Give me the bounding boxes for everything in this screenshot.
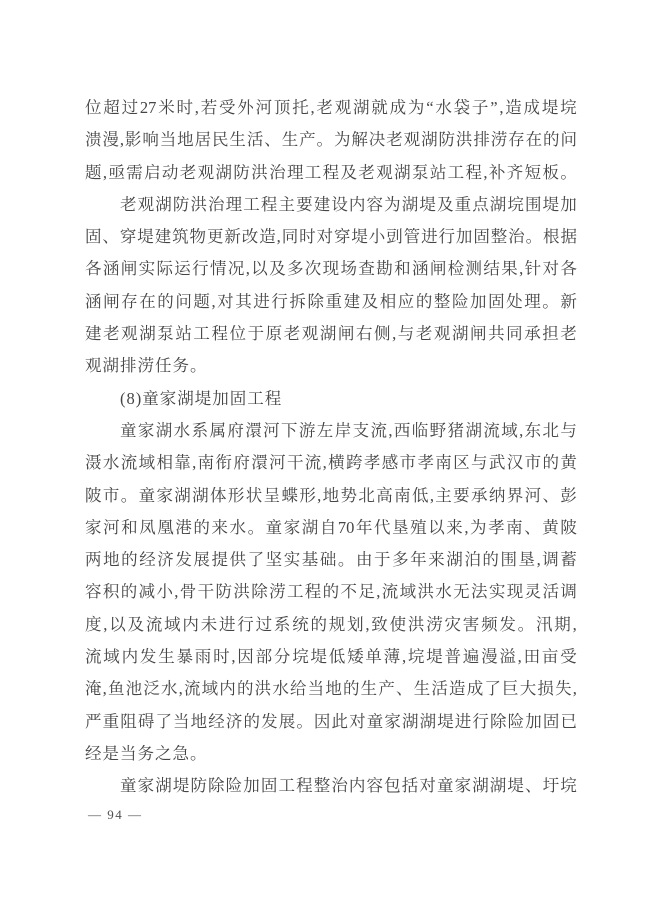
- text-line: (8)童家湖堤加固工程: [85, 383, 577, 415]
- document-body: 位超过27米时,若受外河顶托,老观湖就成为“水袋子”,造成堤垸溃漫,影响当地居民…: [85, 92, 577, 803]
- text-line: 严重阻碍了当地经济的发展。因此对童家湖湖堤进行除险加固已: [85, 706, 577, 738]
- text-line: 位超过27米时,若受外河顶托,老观湖就成为“水袋子”,造成堤垸: [85, 92, 577, 124]
- text-line: 流域内发生暴雨时,因部分垸堤低矮单薄,垸堤普遍漫溢,田亩受: [85, 641, 577, 673]
- paragraph-laoguan-problem: 位超过27米时,若受外河顶托,老观湖就成为“水袋子”,造成堤垸溃漫,影响当地居民…: [85, 92, 577, 189]
- text-line: 陂市。童家湖湖体形状呈蝶形,地势北高南低,主要承纳界河、彭: [85, 480, 577, 512]
- paragraph-tongjiahu-scope: 童家湖堤防除险加固工程整治内容包括对童家湖湖堤、圩垸: [85, 770, 577, 802]
- text-line: 溃漫,影响当地居民生活、生产。为解决老观湖防洪排涝存在的问: [85, 124, 577, 156]
- text-line: 滠水流域相靠,南衔府澴河干流,横跨孝感市孝南区与武汉市的黄: [85, 447, 577, 479]
- text-line: 家河和凤凰港的来水。童家湖自70年代垦殖以来,为孝南、黄陂: [85, 512, 577, 544]
- text-line: 容积的减小,骨干防洪除涝工程的不足,流域洪水无法实现灵活调: [85, 576, 577, 608]
- text-line: 童家湖水系属府澴河下游左岸支流,西临野猪湖流域,东北与: [85, 415, 577, 447]
- text-line: 题,亟需启动老观湖防洪治理工程及老观湖泵站工程,补齐短板。: [85, 157, 577, 189]
- text-line: 建老观湖泵站工程位于原老观湖闸右侧,与老观湖闸共同承担老: [85, 318, 577, 350]
- text-line: 两地的经济发展提供了坚实基础。由于多年来湖泊的围垦,调蓄: [85, 544, 577, 576]
- text-line: 各涵闸实际运行情况,以及多次现场查勘和涵闸检测结果,针对各: [85, 253, 577, 285]
- page-number: — 94 —: [88, 805, 143, 825]
- paragraph-laoguan-project-content: 老观湖防洪治理工程主要建设内容为湖堤及重点湖垸围堤加固、穿堤建筑物更新改造,同时…: [85, 189, 577, 383]
- heading-tongjiahu-dike-reinforcement: (8)童家湖堤加固工程: [85, 383, 577, 415]
- paragraph-tongjiahu-description: 童家湖水系属府澴河下游左岸支流,西临野猪湖流域,东北与滠水流域相靠,南衔府澴河干…: [85, 415, 577, 770]
- text-line: 淹,鱼池泛水,流域内的洪水给当地的生产、生活造成了巨大损失,: [85, 673, 577, 705]
- text-line: 观湖排涝任务。: [85, 350, 577, 382]
- text-line: 童家湖堤防除险加固工程整治内容包括对童家湖湖堤、圩垸: [85, 770, 577, 802]
- text-line: 经是当务之急。: [85, 738, 577, 770]
- text-line: 固、穿堤建筑物更新改造,同时对穿堤小剅管进行加固整治。根据: [85, 221, 577, 253]
- document-page: 位超过27米时,若受外河顶托,老观湖就成为“水袋子”,造成堤垸溃漫,影响当地居民…: [0, 0, 650, 919]
- text-line: 老观湖防洪治理工程主要建设内容为湖堤及重点湖垸围堤加: [85, 189, 577, 221]
- text-line: 涵闸存在的问题,对其进行拆除重建及相应的整险加固处理。新: [85, 286, 577, 318]
- text-line: 度,以及流域内未进行过系统的规划,致使洪涝灾害频发。汛期,: [85, 609, 577, 641]
